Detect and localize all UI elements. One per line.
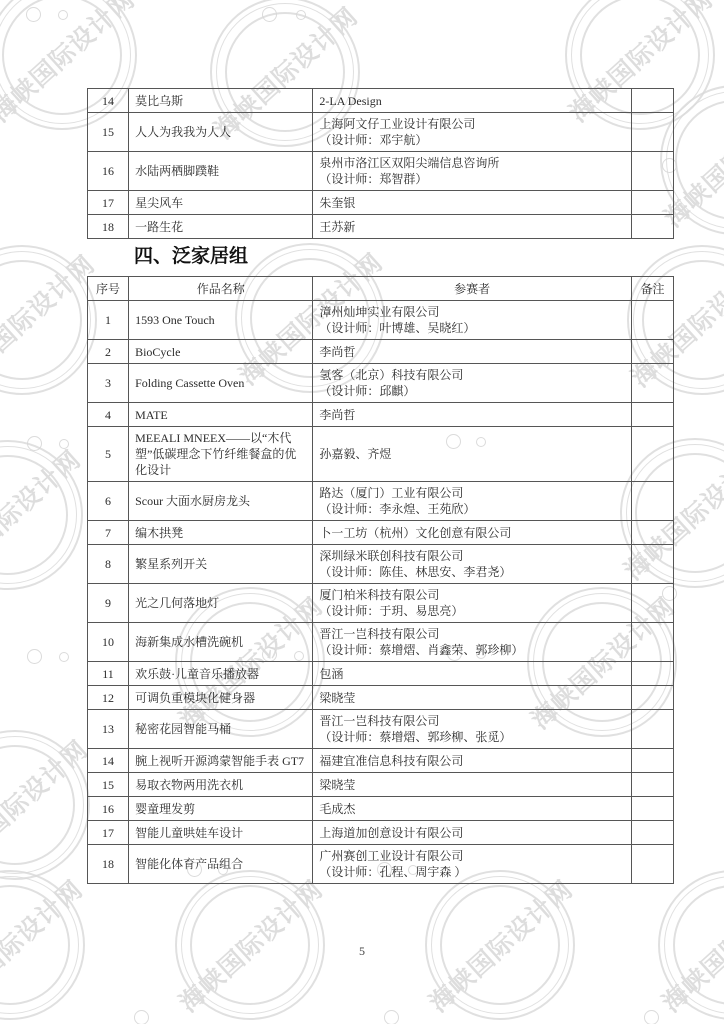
row-number: 4 bbox=[88, 403, 129, 427]
table-row: 7编木拱凳卜一工坊（杭州）文化创意有限公司 bbox=[88, 521, 674, 545]
work-title: 人人为我我为人人 bbox=[129, 113, 313, 152]
work-title: 编木拱凳 bbox=[129, 521, 313, 545]
column-header-note: 备注 bbox=[631, 277, 673, 301]
row-number: 14 bbox=[88, 89, 129, 113]
row-number: 17 bbox=[88, 191, 129, 215]
participant-line: 上海阿文仔工业设计有限公司 bbox=[319, 116, 625, 132]
note-cell bbox=[631, 113, 673, 152]
work-title: 秘密花园智能马桶 bbox=[129, 710, 313, 749]
row-number: 10 bbox=[88, 623, 129, 662]
table-row: 6Scour 大面水厨房龙头路达（厦门）工业有限公司（设计师：李永煌、王苑欣） bbox=[88, 482, 674, 521]
participant-line: （设计师：叶博雄、吴晓红） bbox=[319, 320, 625, 336]
work-title: 水陆两栖脚蹼鞋 bbox=[129, 152, 313, 191]
row-number: 2 bbox=[88, 340, 129, 364]
participant-line: （设计师：邱麒） bbox=[319, 383, 625, 399]
participant-line: 晋江一岂科技有限公司 bbox=[319, 626, 625, 642]
work-title: 易取衣物两用洗衣机 bbox=[129, 773, 313, 797]
participant: 福建宜准信息科技有限公司 bbox=[313, 749, 632, 773]
participant: 泉州市洛江区双阳尖端信息咨询所（设计师：郑智群） bbox=[313, 152, 632, 191]
table-row: 9光之几何落地灯厦门柏米科技有限公司（设计师：于玥、易思亮） bbox=[88, 584, 674, 623]
row-number: 3 bbox=[88, 364, 129, 403]
table-row: 16婴童理发剪毛成杰 bbox=[88, 797, 674, 821]
participant: 梁晓莹 bbox=[313, 773, 632, 797]
note-cell bbox=[631, 364, 673, 403]
participant-line: 朱奎银 bbox=[319, 195, 625, 211]
row-number: 9 bbox=[88, 584, 129, 623]
participant-line: 广州赛创工业设计有限公司 bbox=[319, 848, 625, 864]
note-cell bbox=[631, 845, 673, 884]
participant-line: 路达（厦门）工业有限公司 bbox=[319, 485, 625, 501]
note-cell bbox=[631, 623, 673, 662]
participant-line: 福建宜准信息科技有限公司 bbox=[319, 753, 625, 769]
table-row: 11593 One Touch漳州灿坤实业有限公司（设计师：叶博雄、吴晓红） bbox=[88, 301, 674, 340]
participant: 王苏新 bbox=[313, 215, 632, 239]
work-title: 光之几何落地灯 bbox=[129, 584, 313, 623]
column-header-participant: 参赛者 bbox=[313, 277, 632, 301]
note-cell bbox=[631, 215, 673, 239]
participant: 李尚哲 bbox=[313, 340, 632, 364]
note-cell bbox=[631, 403, 673, 427]
table-row: 15易取衣物两用洗衣机梁晓莹 bbox=[88, 773, 674, 797]
table-row: 10海新集成水槽洗碗机晋江一岂科技有限公司（设计师：蔡增熠、肖鑫荣、郭珍柳） bbox=[88, 623, 674, 662]
column-header-no: 序号 bbox=[88, 277, 129, 301]
participant: 深圳绿米联创科技有限公司（设计师：陈佳、林思安、李君尧） bbox=[313, 545, 632, 584]
decorative-circle bbox=[58, 10, 68, 20]
participant-line: 厦门柏米科技有限公司 bbox=[319, 587, 625, 603]
row-number: 5 bbox=[88, 427, 129, 482]
document-page: 海峡国际设计网海峡国际设计网海峡国际设计网海峡国际设计网海峡国际设计网海峡国际设… bbox=[0, 0, 724, 1024]
entries-table-main: 序号 作品名称 参赛者 备注 11593 One Touch漳州灿坤实业有限公司… bbox=[87, 276, 674, 884]
note-cell bbox=[631, 710, 673, 749]
participant: 包涵 bbox=[313, 662, 632, 686]
note-cell bbox=[631, 521, 673, 545]
participant-line: （设计师：李永煌、王苑欣） bbox=[319, 501, 625, 517]
decorative-circle bbox=[384, 1010, 399, 1024]
watermark-stamp: 海峡国际设计网 bbox=[0, 245, 97, 395]
participant: 卜一工坊（杭州）文化创意有限公司 bbox=[313, 521, 632, 545]
participant: 朱奎银 bbox=[313, 191, 632, 215]
participant: 李尚哲 bbox=[313, 403, 632, 427]
participant-line: 深圳绿米联创科技有限公司 bbox=[319, 548, 625, 564]
row-number: 16 bbox=[88, 152, 129, 191]
participant: 孙嘉毅、齐煜 bbox=[313, 427, 632, 482]
work-title: 可调负重模块化健身器 bbox=[129, 686, 313, 710]
participant-line: 孙嘉毅、齐煜 bbox=[319, 446, 625, 462]
work-title: 1593 One Touch bbox=[129, 301, 313, 340]
note-cell bbox=[631, 821, 673, 845]
work-title: BioCycle bbox=[129, 340, 313, 364]
work-title: Folding Cassette Oven bbox=[129, 364, 313, 403]
participant-line: 泉州市洛江区双阳尖端信息咨询所 bbox=[319, 155, 625, 171]
participant-line: 李尚哲 bbox=[319, 344, 625, 360]
work-title: 星尖风车 bbox=[129, 191, 313, 215]
note-cell bbox=[631, 89, 673, 113]
decorative-circle bbox=[134, 1010, 149, 1024]
participant-line: （设计师：蔡增熠、肖鑫荣、郭珍柳） bbox=[319, 642, 625, 658]
participant-line: （设计师：孔程、周宇森 ） bbox=[319, 864, 625, 880]
table-row: 15人人为我我为人人上海阿文仔工业设计有限公司（设计师：邓宇航） bbox=[88, 113, 674, 152]
page-number: 5 bbox=[0, 944, 724, 959]
participant-line: 李尚哲 bbox=[319, 407, 625, 423]
table-row: 11欢乐鼓·儿童音乐播放器包涵 bbox=[88, 662, 674, 686]
decorative-circle bbox=[262, 7, 277, 22]
column-header-title: 作品名称 bbox=[129, 277, 313, 301]
row-number: 14 bbox=[88, 749, 129, 773]
participant-line: （设计师：蔡增熠、郭珍柳、张觅） bbox=[319, 729, 625, 745]
table-row: 17智能儿童哄娃车设计上海道加创意设计有限公司 bbox=[88, 821, 674, 845]
note-cell bbox=[631, 797, 673, 821]
row-number: 17 bbox=[88, 821, 129, 845]
participant-line: 晋江一岂科技有限公司 bbox=[319, 713, 625, 729]
table-row: 2BioCycle李尚哲 bbox=[88, 340, 674, 364]
participant-line: 梁晓莹 bbox=[319, 690, 625, 706]
participant-line: 上海道加创意设计有限公司 bbox=[319, 825, 625, 841]
row-number: 13 bbox=[88, 710, 129, 749]
work-title: Scour 大面水厨房龙头 bbox=[129, 482, 313, 521]
participant: 路达（厦门）工业有限公司（设计师：李永煌、王苑欣） bbox=[313, 482, 632, 521]
page-content: 14莫比乌斯2-LA Design15人人为我我为人人上海阿文仔工业设计有限公司… bbox=[87, 88, 675, 884]
decorative-circle bbox=[296, 10, 306, 20]
table-row: 13秘密花园智能马桶晋江一岂科技有限公司（设计师：蔡增熠、郭珍柳、张觅） bbox=[88, 710, 674, 749]
decorative-circle bbox=[27, 436, 42, 451]
participant: 2-LA Design bbox=[313, 89, 632, 113]
row-number: 15 bbox=[88, 773, 129, 797]
participant: 毛成杰 bbox=[313, 797, 632, 821]
note-cell bbox=[631, 301, 673, 340]
note-cell bbox=[631, 662, 673, 686]
work-title: MEEALI MNEEX——以“木代塑”低碳理念下竹纤维餐盒的优化设计 bbox=[129, 427, 313, 482]
row-number: 1 bbox=[88, 301, 129, 340]
table-row: 5MEEALI MNEEX——以“木代塑”低碳理念下竹纤维餐盒的优化设计孙嘉毅、… bbox=[88, 427, 674, 482]
row-number: 12 bbox=[88, 686, 129, 710]
table-row: 14腕上视听开源鸿蒙智能手表 GT7福建宜准信息科技有限公司 bbox=[88, 749, 674, 773]
participant: 漳州灿坤实业有限公司（设计师：叶博雄、吴晓红） bbox=[313, 301, 632, 340]
row-number: 8 bbox=[88, 545, 129, 584]
row-number: 15 bbox=[88, 113, 129, 152]
row-number: 7 bbox=[88, 521, 129, 545]
note-cell bbox=[631, 545, 673, 584]
work-title: 一路生花 bbox=[129, 215, 313, 239]
decorative-circle bbox=[59, 652, 69, 662]
table-row: 16水陆两栖脚蹼鞋泉州市洛江区双阳尖端信息咨询所（设计师：郑智群） bbox=[88, 152, 674, 191]
participant: 晋江一岂科技有限公司（设计师：蔡增熠、肖鑫荣、郭珍柳） bbox=[313, 623, 632, 662]
participant: 上海阿文仔工业设计有限公司（设计师：邓宇航） bbox=[313, 113, 632, 152]
participant-line: 氢客（北京）科技有限公司 bbox=[319, 367, 625, 383]
participant: 晋江一岂科技有限公司（设计师：蔡增熠、郭珍柳、张觅） bbox=[313, 710, 632, 749]
note-cell bbox=[631, 686, 673, 710]
note-cell bbox=[631, 191, 673, 215]
row-number: 18 bbox=[88, 845, 129, 884]
section-heading: 四、泛家居组 bbox=[134, 246, 675, 268]
table-row: 3Folding Cassette Oven氢客（北京）科技有限公司（设计师：邱… bbox=[88, 364, 674, 403]
participant-line: （设计师：郑智群） bbox=[319, 171, 625, 187]
participant-line: 梁晓莹 bbox=[319, 777, 625, 793]
participant: 氢客（北京）科技有限公司（设计师：邱麒） bbox=[313, 364, 632, 403]
work-title: 智能化体育产品组合 bbox=[129, 845, 313, 884]
participant-line: 卜一工坊（杭州）文化创意有限公司 bbox=[319, 525, 625, 541]
work-title: MATE bbox=[129, 403, 313, 427]
note-cell bbox=[631, 773, 673, 797]
row-number: 18 bbox=[88, 215, 129, 239]
work-title: 莫比乌斯 bbox=[129, 89, 313, 113]
participant-line: 2-LA Design bbox=[319, 93, 625, 109]
table-row: 12可调负重模块化健身器梁晓莹 bbox=[88, 686, 674, 710]
work-title: 智能儿童哄娃车设计 bbox=[129, 821, 313, 845]
watermark-stamp: 海峡国际设计网 bbox=[0, 440, 83, 590]
note-cell bbox=[631, 584, 673, 623]
note-cell bbox=[631, 482, 673, 521]
row-number: 16 bbox=[88, 797, 129, 821]
participant-line: （设计师：陈佳、林思安、李君尧） bbox=[319, 564, 625, 580]
participant-line: 漳州灿坤实业有限公司 bbox=[319, 304, 625, 320]
participant-line: 王苏新 bbox=[319, 219, 625, 235]
work-title: 海新集成水槽洗碗机 bbox=[129, 623, 313, 662]
work-title: 腕上视听开源鸿蒙智能手表 GT7 bbox=[129, 749, 313, 773]
work-title: 繁星系列开关 bbox=[129, 545, 313, 584]
decorative-circle bbox=[27, 649, 42, 664]
decorative-circle bbox=[59, 439, 69, 449]
participant-line: 毛成杰 bbox=[319, 801, 625, 817]
row-number: 11 bbox=[88, 662, 129, 686]
watermark-stamp: 海峡国际设计网 bbox=[0, 730, 90, 880]
note-cell bbox=[631, 152, 673, 191]
participant-line: （设计师：邓宇航） bbox=[319, 132, 625, 148]
participant: 上海道加创意设计有限公司 bbox=[313, 821, 632, 845]
participant: 广州赛创工业设计有限公司（设计师：孔程、周宇森 ） bbox=[313, 845, 632, 884]
participant: 厦门柏米科技有限公司（设计师：于玥、易思亮） bbox=[313, 584, 632, 623]
participant-line: 包涵 bbox=[319, 666, 625, 682]
table-row: 17星尖风车朱奎银 bbox=[88, 191, 674, 215]
decorative-circle bbox=[26, 7, 41, 22]
participant: 梁晓莹 bbox=[313, 686, 632, 710]
note-cell bbox=[631, 340, 673, 364]
decorative-circle bbox=[644, 1010, 659, 1024]
table-row: 14莫比乌斯2-LA Design bbox=[88, 89, 674, 113]
table-header-row: 序号 作品名称 参赛者 备注 bbox=[88, 277, 674, 301]
table-row: 18智能化体育产品组合广州赛创工业设计有限公司（设计师：孔程、周宇森 ） bbox=[88, 845, 674, 884]
work-title: 婴童理发剪 bbox=[129, 797, 313, 821]
row-number: 6 bbox=[88, 482, 129, 521]
work-title: 欢乐鼓·儿童音乐播放器 bbox=[129, 662, 313, 686]
entries-table-continued: 14莫比乌斯2-LA Design15人人为我我为人人上海阿文仔工业设计有限公司… bbox=[87, 88, 674, 239]
table-row: 18一路生花王苏新 bbox=[88, 215, 674, 239]
note-cell bbox=[631, 427, 673, 482]
note-cell bbox=[631, 749, 673, 773]
table-row: 8繁星系列开关深圳绿米联创科技有限公司（设计师：陈佳、林思安、李君尧） bbox=[88, 545, 674, 584]
participant-line: （设计师：于玥、易思亮） bbox=[319, 603, 625, 619]
table-row: 4MATE李尚哲 bbox=[88, 403, 674, 427]
